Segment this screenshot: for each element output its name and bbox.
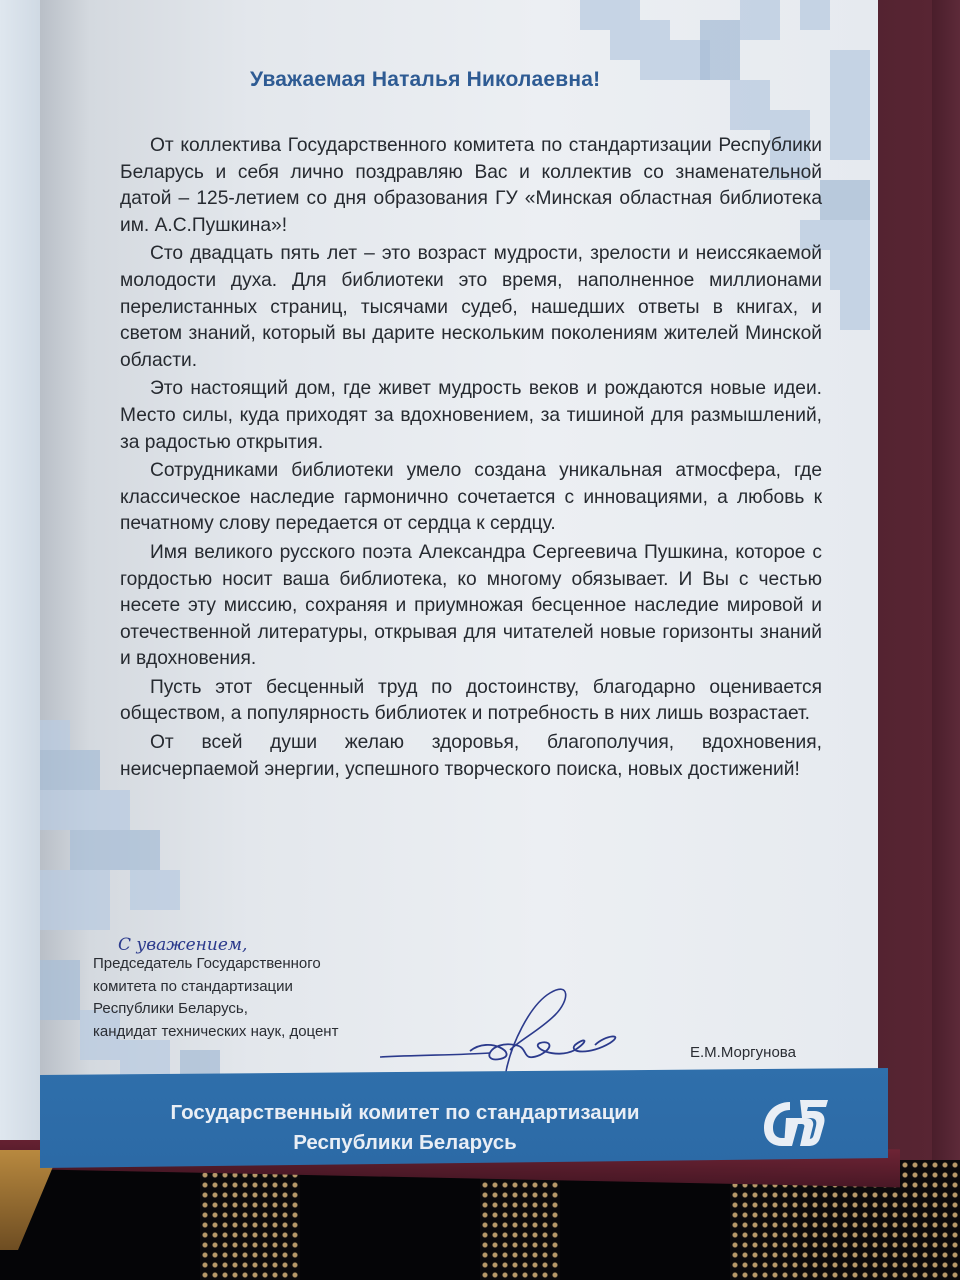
signature-icon: [380, 985, 640, 1080]
letter-page: Уважаемая Наталья Николаевна! От коллект…: [40, 0, 878, 1150]
paragraph: Сто двадцать пять лет – это возраст мудр…: [120, 241, 822, 374]
letter-body: От коллектива Государственного комитета …: [120, 133, 822, 785]
signer-title: Председатель Государственного комитета п…: [93, 953, 338, 1043]
folder-spine-edge: [932, 0, 960, 1178]
paragraph: Это настоящий дом, где живет мудрость ве…: [120, 376, 822, 456]
paragraph: Сотрудниками библиотеки умело создана ун…: [120, 458, 822, 538]
paragraph: От всей души желаю здоровья, благополучи…: [120, 730, 822, 783]
paragraph: Пусть этот бесценный труд по достоинству…: [120, 675, 822, 728]
signer-title-line: комитета по стандартизации: [93, 976, 338, 999]
paragraph: Имя великого русского поэта Александра С…: [120, 540, 822, 673]
signer-title-line: Председатель Государственного: [93, 953, 338, 976]
footer-line-2: Республики Беларусь: [40, 1128, 770, 1158]
signer-name: Е.М.Моргунова: [690, 1044, 796, 1061]
handwritten-regards: С уважением,: [118, 935, 247, 955]
left-page-flap: [0, 0, 44, 1140]
gosstandart-logo-icon: [760, 1096, 830, 1152]
signer-title-line: Республики Беларусь,: [93, 998, 338, 1021]
footer-line-1: Государственный комитет по стандартизаци…: [40, 1098, 770, 1128]
paragraph: От коллектива Государственного комитета …: [120, 133, 822, 239]
footer-banner: Государственный комитет по стандартизаци…: [40, 1068, 888, 1168]
footer-org-name: Государственный комитет по стандартизаци…: [40, 1098, 770, 1158]
letter-greeting: Уважаемая Наталья Николаевна!: [250, 68, 600, 92]
signer-title-line: кандидат технических наук, доцент: [93, 1021, 338, 1044]
